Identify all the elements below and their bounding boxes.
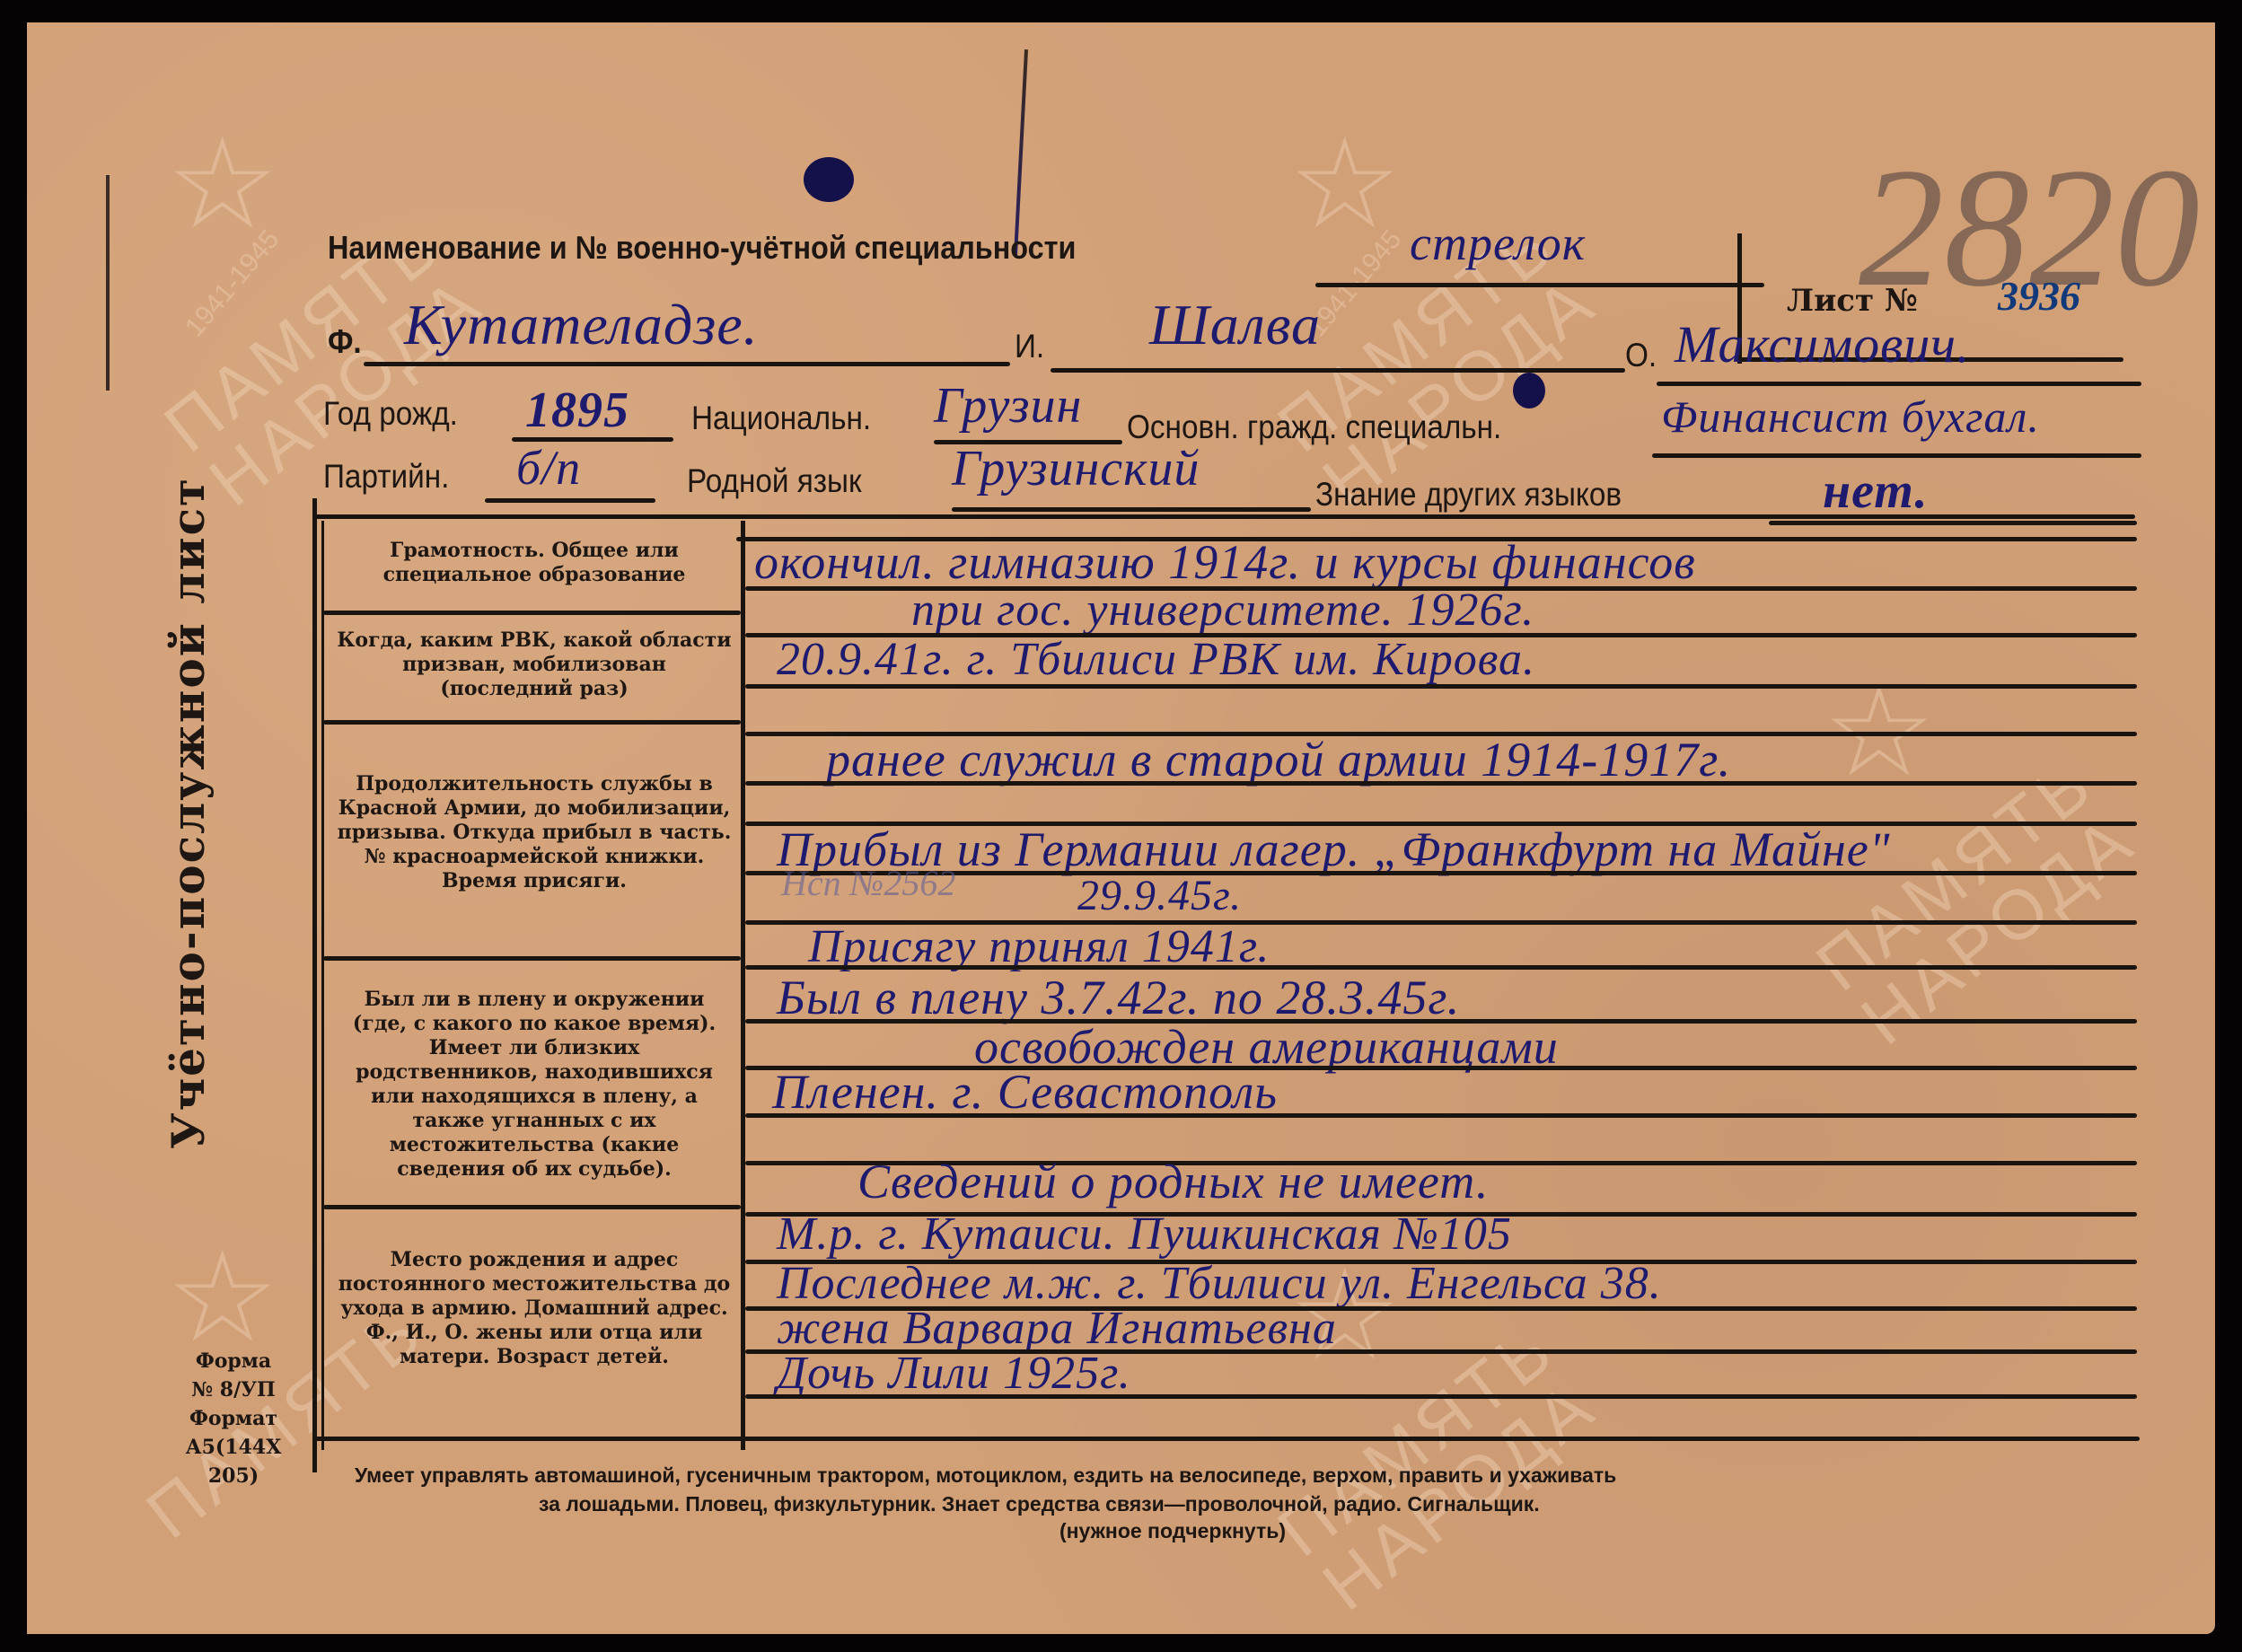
footer-skills-line1: Умеет управлять автомашиной, гусеничным … xyxy=(355,1463,1616,1488)
table-bottom-line xyxy=(312,1437,2140,1441)
section-entry: при гос. университете. 1926г. xyxy=(911,584,1534,637)
star-icon: ☆ xyxy=(166,1235,279,1360)
entry-line xyxy=(745,781,2137,786)
section-label-service: Продолжительность службы в Красной Армии… xyxy=(337,772,732,893)
section-entry: Пленен. г. Севастополь xyxy=(772,1064,1278,1120)
specialty-label: Наименование и № военно-учётной специаль… xyxy=(328,229,1076,267)
section-entry: Дочь Лили 1925г. xyxy=(777,1347,1131,1400)
section-entry: ранее служил в старой армии 1914-1917г. xyxy=(826,732,1731,787)
underline xyxy=(1051,368,1625,373)
birth-year-label: Год рожд. xyxy=(323,395,458,433)
left-frame-line xyxy=(312,498,317,1472)
punch-hole xyxy=(804,157,854,202)
party-label: Партийн. xyxy=(323,458,449,496)
name-label: И. xyxy=(1015,328,1044,365)
footer-note: (нужное подчеркнуть) xyxy=(1059,1519,1286,1543)
underline xyxy=(485,498,655,503)
underline xyxy=(1652,453,2141,458)
underline xyxy=(952,507,1311,512)
column-divider xyxy=(741,521,745,1450)
section-divider xyxy=(323,720,741,725)
section-label-education: Грамотность. Общее или специальное образ… xyxy=(337,539,732,587)
ink-blot xyxy=(1513,373,1545,409)
native-language-value: Грузинский xyxy=(952,440,1200,497)
underline xyxy=(1657,382,2141,386)
section-entry: 20.9.41г. г. Тбилиси РВК им. Кирова. xyxy=(777,633,1535,686)
patronymic-label: О. xyxy=(1625,337,1657,374)
section-divider xyxy=(323,1205,741,1209)
entry-line xyxy=(745,1113,2137,1118)
form-info-line: Форма xyxy=(180,1347,287,1375)
nationality-label: Национальн. xyxy=(691,400,871,437)
party-value: б/п xyxy=(516,440,581,496)
stamp-note: Нсп №2562 xyxy=(781,862,955,904)
birth-year-value: 1895 xyxy=(525,382,629,439)
nationality-value: Грузин xyxy=(934,377,1082,435)
form-info-line: А5(144Х xyxy=(180,1433,287,1462)
section-entry: окончил. гимназию 1914г. и курсы финансо… xyxy=(754,534,1696,590)
form-info-line: Формат xyxy=(180,1404,287,1433)
underline xyxy=(1715,283,1751,287)
native-language-label: Родной язык xyxy=(687,462,862,500)
section-entry: М.р. г. Кутаиси. Пушкинская №105 xyxy=(777,1208,1512,1261)
table-top-line xyxy=(312,514,2135,519)
perforation-edge xyxy=(106,175,110,391)
specialty-value: стрелок xyxy=(1410,215,1586,271)
section-entry: 29.9.45г. xyxy=(1077,871,1242,920)
footer-skills-line2: за лошадьми. Пловец, физкультурник. Знае… xyxy=(539,1492,1540,1516)
underline xyxy=(1315,283,1764,287)
label-frame-line xyxy=(321,521,324,1450)
underline xyxy=(1769,521,2137,525)
section-entry: Был в плену 3.7.42г. по 28.3.45г. xyxy=(777,970,1460,1025)
section-label-captivity: Был ли в плену и окружении (где, с каког… xyxy=(337,988,732,1182)
entry-line xyxy=(745,1394,2137,1399)
section-entry: Сведений о родных не имеет. xyxy=(857,1154,1489,1209)
surname-value: Кутателадзе. xyxy=(404,292,759,358)
section-divider xyxy=(323,611,741,615)
sheet-number-stamp: 3936 xyxy=(1998,272,2080,320)
patronymic-value: Максимович. xyxy=(1675,314,1971,374)
form-info-line: 205) xyxy=(180,1462,287,1490)
form-info: Форма № 8/УП Формат А5(144Х 205) xyxy=(180,1347,287,1490)
paper-crack xyxy=(1014,49,1028,256)
section-label-address: Место рождения и адрес постоянного место… xyxy=(337,1248,732,1369)
entry-line xyxy=(745,684,2137,689)
civil-specialty-value: Финансист бухгал. xyxy=(1661,391,2040,443)
section-divider xyxy=(323,956,741,961)
document-title: Учётно-послужной лист xyxy=(162,477,215,1149)
underline xyxy=(364,362,1010,366)
surname-label: Ф. xyxy=(328,323,362,361)
other-languages-label: Знание других языков xyxy=(1315,476,1622,514)
section-label-conscription: Когда, каким РВК, какой области призван,… xyxy=(337,628,732,701)
other-languages-value: нет. xyxy=(1823,462,1928,520)
form-info-line: № 8/УП xyxy=(180,1375,287,1404)
name-value: Шалва xyxy=(1149,292,1321,358)
document-sheet: ☆ 1941-1945 ПАМЯТЬ НАРОДА ☆ 1941-1945 ПА… xyxy=(27,22,2215,1634)
